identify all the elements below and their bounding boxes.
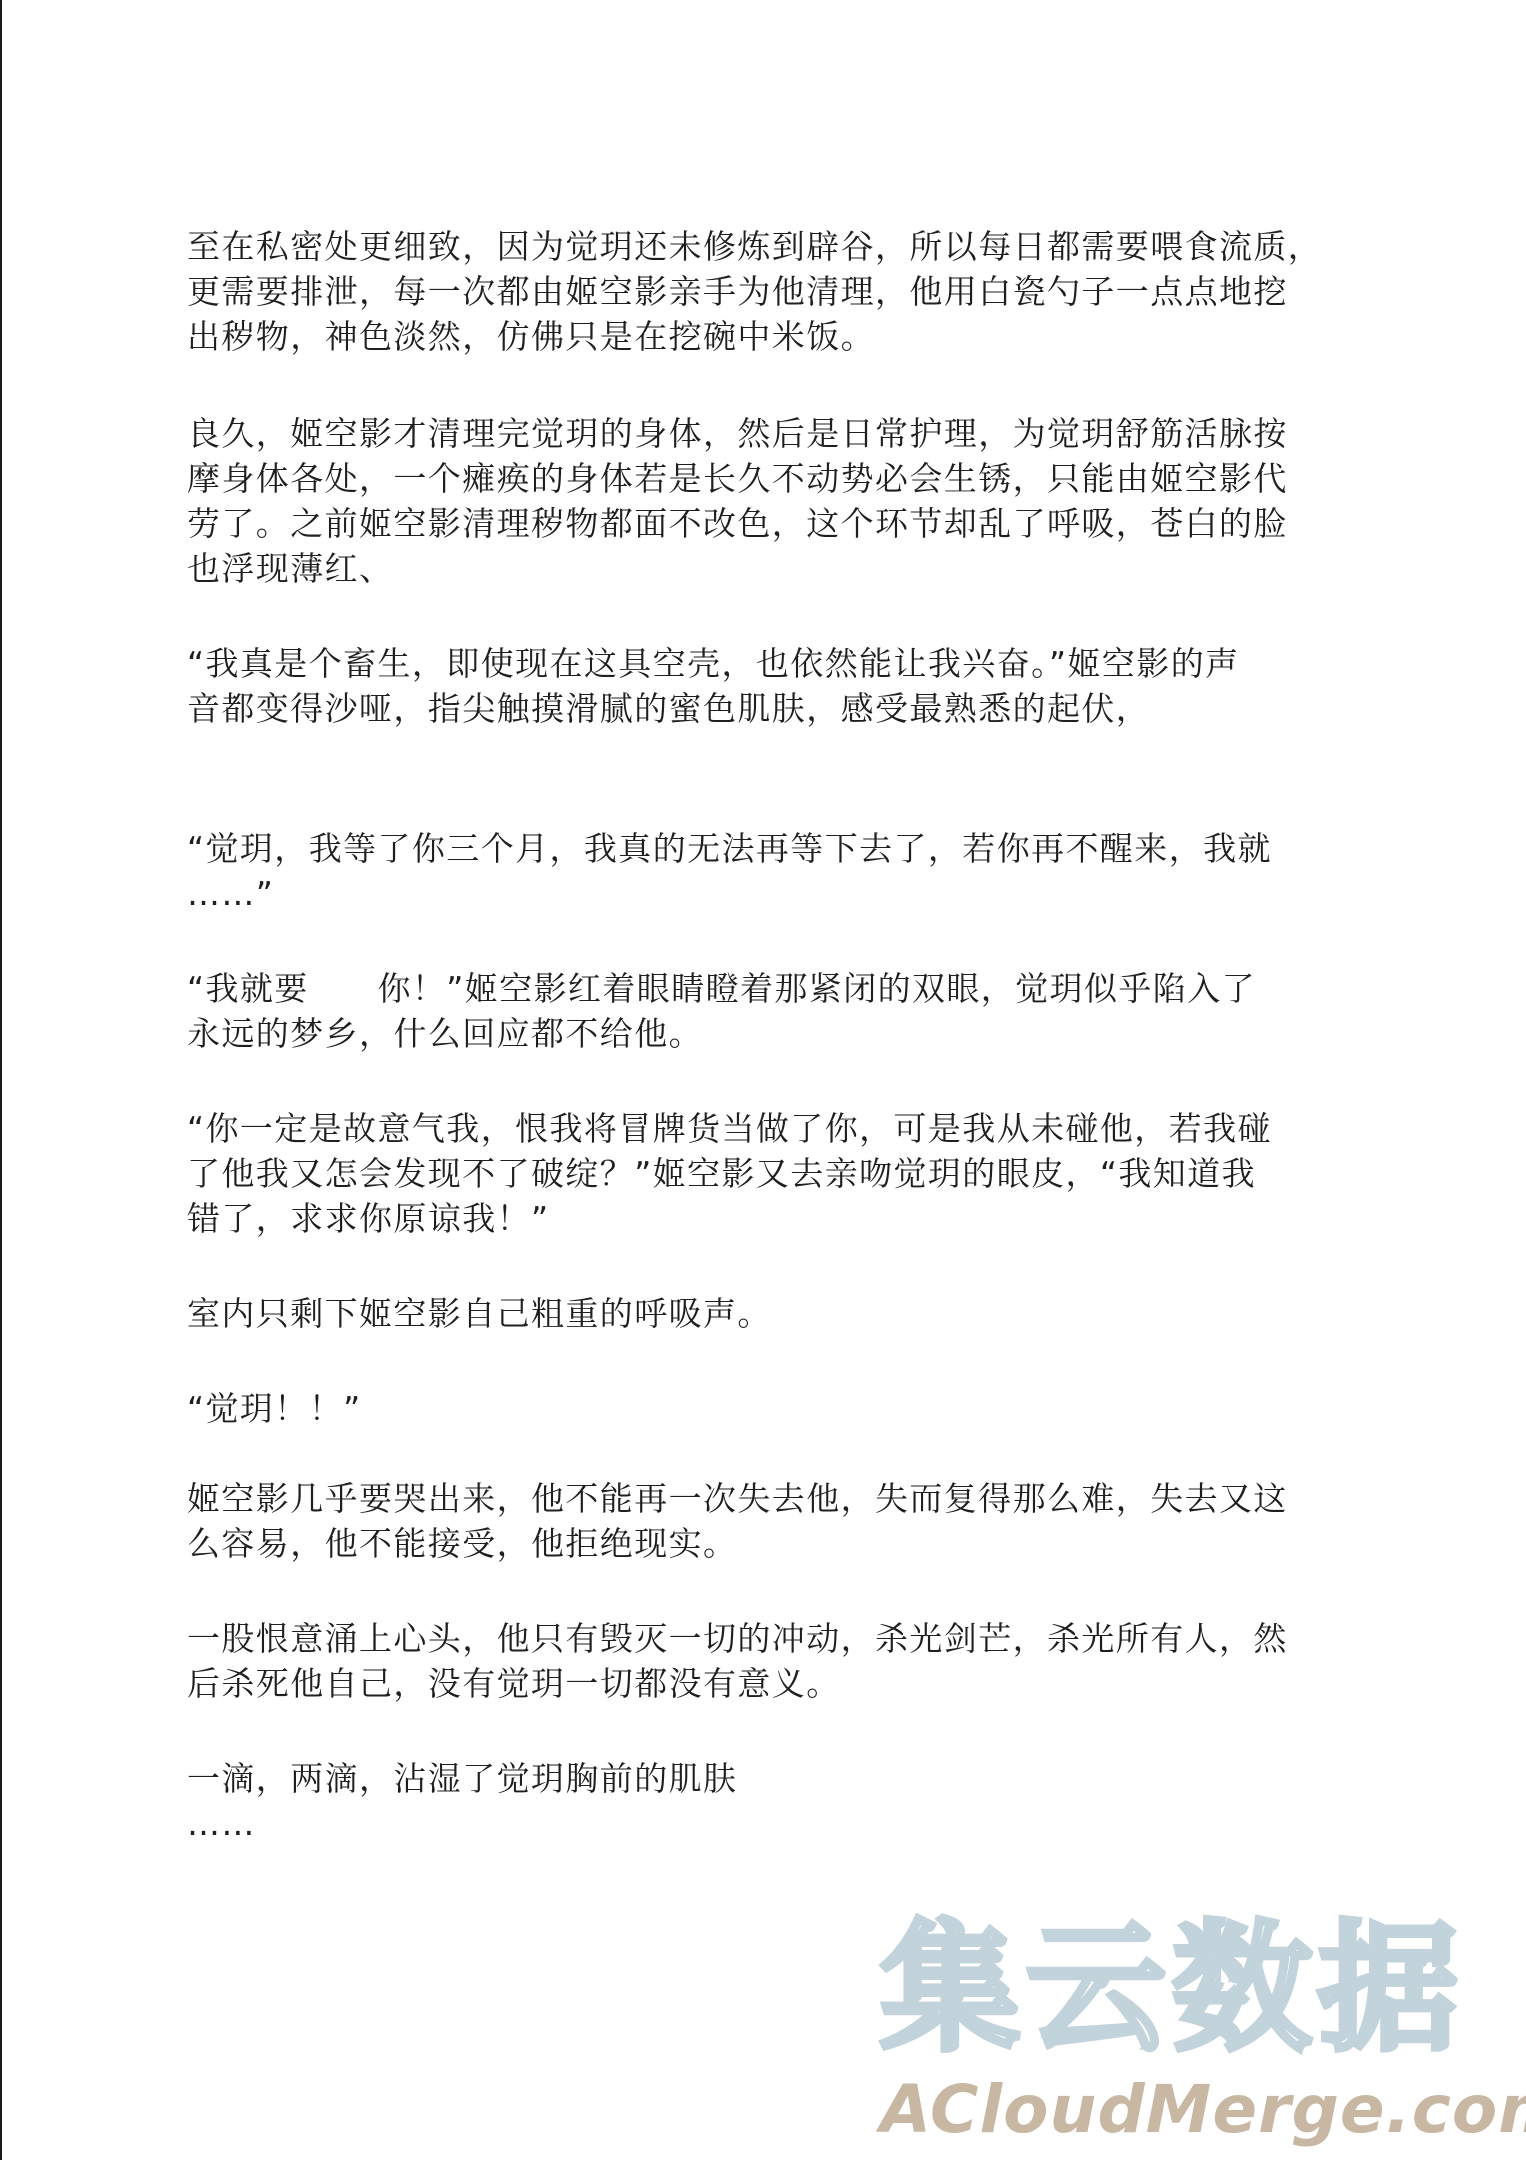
- document-page: 至在私密处更细致，因为觉玥还未修炼到辟谷，所以每日都需要喂食流质， 更需要排泄，…: [0, 0, 1526, 2160]
- text-line: 了他我又怎会发现不了破绽？”姬空影又去亲吻觉玥的眼皮，“我知道我: [187, 1152, 1256, 1196]
- text-line: 后杀死他自己，没有觉玥一切都没有意义。: [187, 1662, 841, 1706]
- text-line: 良久，姬空影才清理完觉玥的身体，然后是日常护理，为觉玥舒筋活脉按: [187, 412, 1288, 456]
- text-line: “觉玥！！”: [187, 1387, 362, 1431]
- text-line: 劳了。之前姬空影清理秽物都面不改色，这个环节却乱了呼吸，苍白的脸: [187, 502, 1288, 546]
- text-line: “你一定是故意气我，恨我将冒牌货当做了你，可是我从未碰他，若我碰: [187, 1107, 1272, 1151]
- text-line: 也浮现薄红、: [187, 547, 393, 591]
- text-line: 更需要排泄，每一次都由姬空影亲手为他清理，他用白瓷勺子一点点地挖: [187, 270, 1288, 314]
- text-line: 摩身体各处，一个瘫痪的身体若是长久不动势必会生锈，只能由姬空影代: [187, 457, 1288, 501]
- text-line: 一滴，两滴，沾湿了觉玥胸前的肌肤: [187, 1757, 737, 1801]
- text-line: ……: [187, 1802, 256, 1846]
- text-line: “我真是个畜生，即使现在这具空壳，也依然能让我兴奋。”姬空影的声: [187, 642, 1240, 686]
- watermark: 集云数据 ACloudMerge.com: [870, 1915, 1510, 2155]
- text-line: 永远的梦乡，什么回应都不给他。: [187, 1012, 703, 1056]
- text-line: 姬空影几乎要哭出来，他不能再一次失去他，失而复得那么难，失去又这: [187, 1477, 1288, 1521]
- text-line: 一股恨意涌上心头，他只有毁灭一切的冲动，杀光剑芒，杀光所有人，然: [187, 1617, 1288, 1661]
- text-line: “我就要 你！”姬空影红着眼睛瞪着那紧闭的双眼，觉玥似乎陷入了: [187, 967, 1256, 1011]
- text-line: 至在私密处更细致，因为觉玥还未修炼到辟谷，所以每日都需要喂食流质，: [187, 225, 1322, 269]
- text-line: 室内只剩下姬空影自己粗重的呼吸声。: [187, 1292, 772, 1336]
- watermark-english-text: ACloudMerge.com: [880, 2075, 1526, 2145]
- text-line: ……”: [187, 872, 274, 916]
- text-line: 出秽物，神色淡然，仿佛只是在挖碗中米饭。: [187, 315, 875, 359]
- text-line: 音都变得沙哑，指尖触摸滑腻的蜜色肌肤，感受最熟悉的起伏，: [187, 687, 1150, 731]
- text-line: 么容易，他不能接受，他拒绝现实。: [187, 1522, 737, 1566]
- text-line: 错了，求求你原谅我！”: [187, 1197, 550, 1241]
- watermark-chinese-text: 集云数据: [880, 1915, 1464, 2065]
- text-line: “觉玥，我等了你三个月，我真的无法再等下去了，若你再不醒来，我就: [187, 827, 1272, 871]
